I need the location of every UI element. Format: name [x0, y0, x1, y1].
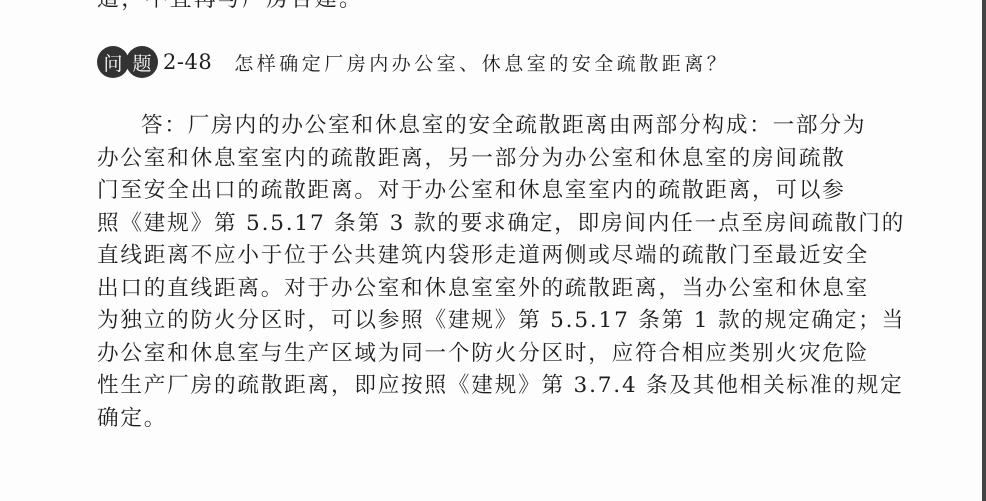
previous-paragraph-fragment: 道，不宜再与厂房合建。 — [97, 0, 363, 14]
answer-line: 照《建规》第 5.5.17 条第 3 款的要求确定，即房间内任一点至房间疏散门的 — [97, 208, 877, 241]
answer-line: 办公室和休息室室内的疏散距离，另一部分为办公室和休息室的房间疏散 — [97, 143, 877, 176]
document-page: 道，不宜再与厂房合建。 问 题 2-48 怎样确定厂房内办公室、休息室的安全疏散… — [0, 0, 982, 501]
answer-line: 出口的直线距离。对于办公室和休息室室外的疏散距离，当办公室和休息室 — [97, 273, 877, 306]
answer-line: 直线距离不应小于位于公共建筑内袋形走道两侧或尽端的疏散门至最近安全 — [97, 240, 877, 273]
answer-line: 办公室和休息室与生产区域为同一个防火分区时，应符合相应类别火灾危险 — [97, 338, 877, 371]
answer-line: 门至安全出口的疏散距离。对于办公室和休息室室内的疏散距离，可以参 — [97, 175, 877, 208]
question-badge: 问 题 — [97, 46, 155, 78]
question-title: 怎样确定厂房内办公室、休息室的安全疏散距离？ — [234, 49, 729, 76]
badge-char: 题 — [126, 46, 158, 78]
scrollbar[interactable] — [982, 0, 986, 501]
answer-line: 性生产厂房的疏散距离，即应按照《建规》第 3.7.4 条及其他相关标准的规定 — [97, 370, 877, 403]
answer-line: 确定。 — [97, 403, 877, 436]
answer-line: 答：厂房内的办公室和休息室的安全疏散距离由两部分构成：一部分为 — [97, 110, 877, 143]
answer-paragraph: 答：厂房内的办公室和休息室的安全疏散距离由两部分构成：一部分为 办公室和休息室室… — [97, 110, 877, 435]
question-heading: 问 题 2-48 怎样确定厂房内办公室、休息室的安全疏散距离？ — [97, 45, 729, 79]
question-number: 2-48 — [163, 50, 212, 74]
answer-line: 为独立的防火分区时，可以参照《建规》第 5.5.17 条第 1 款的规定确定；当 — [97, 305, 877, 338]
badge-char: 问 — [97, 46, 129, 78]
